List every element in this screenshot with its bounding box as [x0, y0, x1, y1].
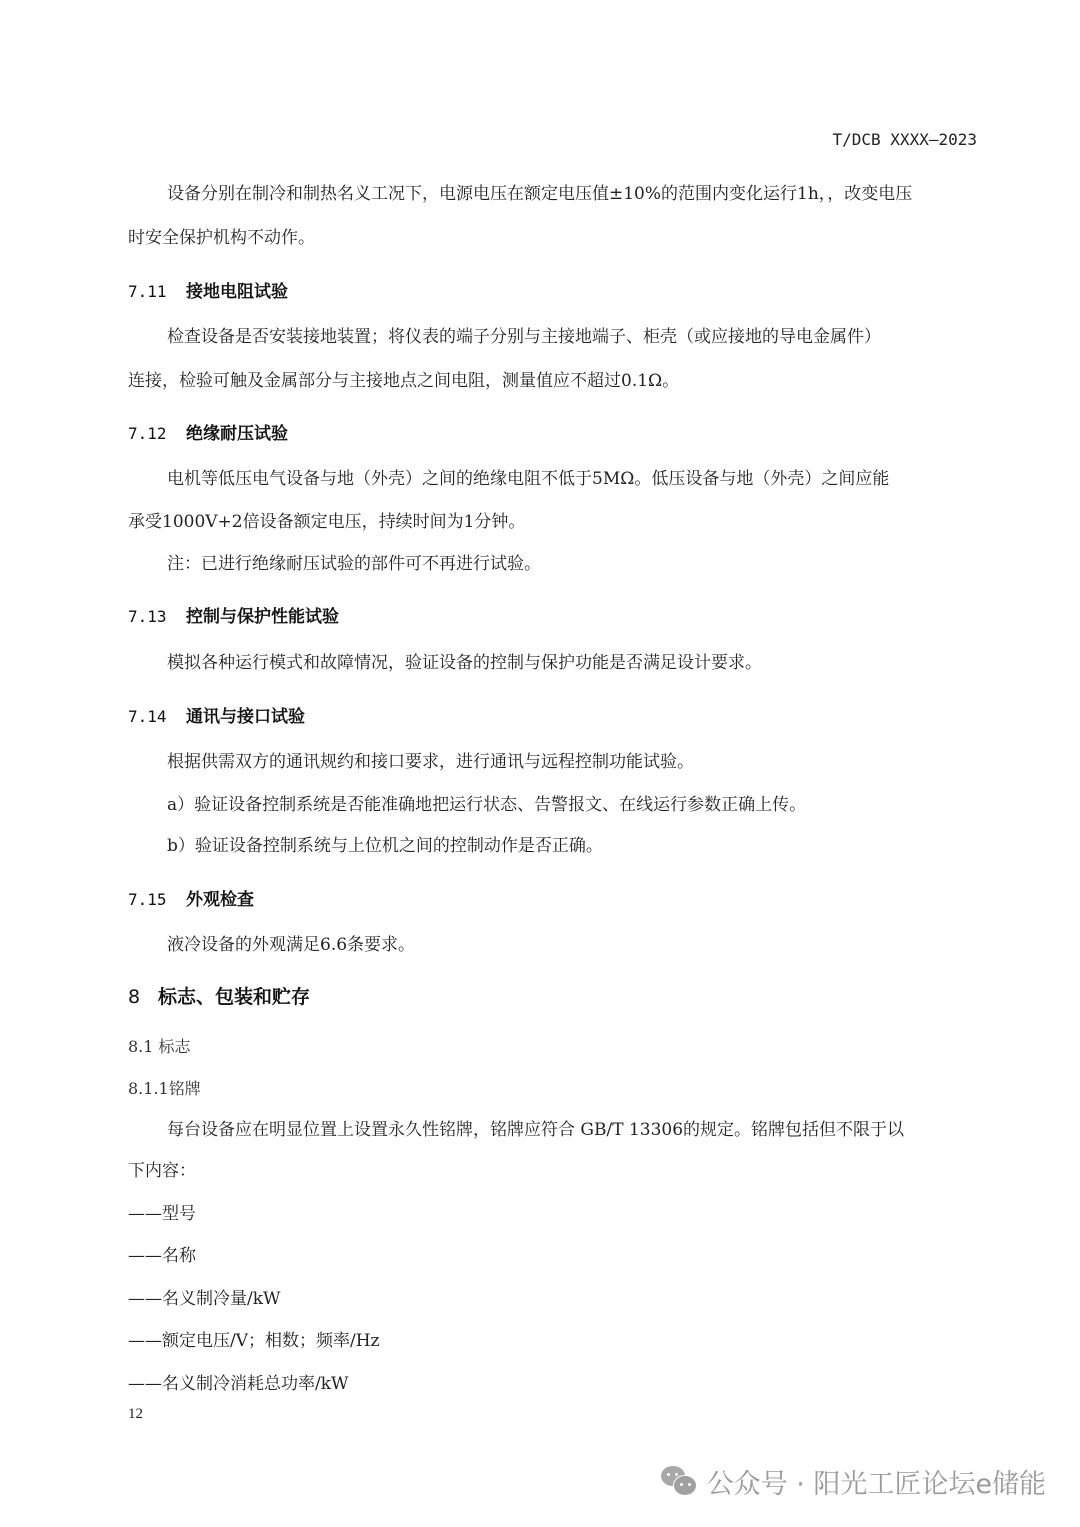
- section-number: 7.13: [128, 607, 186, 626]
- intro-line-2: 时安全保护机构不动作。: [128, 227, 315, 249]
- nameplate-item: ——名义制冷消耗总功率/kW: [128, 1373, 349, 1395]
- list-item-b: b）验证设备控制系统与上位机之间的控制动作是否正确。: [167, 835, 603, 857]
- paragraph-line: 每台设备应在明显位置上设置永久性铭牌，铭牌应符合 GB/T 13306的规定。铭…: [167, 1119, 904, 1141]
- section-number: 7.12: [128, 424, 186, 443]
- nameplate-item: ——额定电压/V；相数；频率/Hz: [128, 1330, 380, 1352]
- list-item-a: a）验证设备控制系统是否能准确地把运行状态、告警报文、在线运行参数正确上传。: [167, 794, 806, 816]
- section-number: 7.11: [128, 282, 186, 301]
- chapter-number: 8: [128, 986, 158, 1008]
- paragraph-line: 模拟各种运行模式和故障情况，验证设备的控制与保护功能是否满足设计要求。: [167, 652, 762, 674]
- section-heading-7-15: 7.15外观检查: [128, 885, 254, 910]
- section-heading-7-12: 7.12绝缘耐压试验: [128, 419, 288, 444]
- nameplate-item: ——名称: [128, 1245, 196, 1267]
- chapter-title: 标志、包装和贮存: [158, 986, 310, 1008]
- section-number: 7.15: [128, 890, 186, 909]
- section-title: 通讯与接口试验: [186, 707, 305, 727]
- subsection-heading-8-1: 8.1 标志: [128, 1034, 191, 1057]
- document-code: T/DCB XXXX—2023: [833, 130, 978, 149]
- nameplate-item: ——名义制冷量/kW: [128, 1288, 281, 1310]
- section-heading-7-13: 7.13控制与保护性能试验: [128, 602, 339, 627]
- note-line: 注：已进行绝缘耐压试验的部件可不再进行试验。: [167, 553, 541, 575]
- watermark-text: 公众号 · 阳光工匠论坛e储能: [707, 1462, 1046, 1501]
- paragraph-line: 检查设备是否安装接地装置；将仪表的端子分别与主接地端子、柜壳（或应接地的导电金属…: [167, 326, 881, 348]
- nameplate-item: ——型号: [128, 1203, 196, 1225]
- section-heading-7-11: 7.11接地电阻试验: [128, 277, 288, 302]
- section-title: 外观检查: [186, 890, 254, 910]
- chapter-heading-8: 8标志、包装和贮存: [128, 982, 310, 1009]
- paragraph-line: 下内容：: [128, 1160, 196, 1182]
- section-title: 接地电阻试验: [186, 282, 288, 302]
- wechat-icon: [661, 1464, 699, 1500]
- section-title: 绝缘耐压试验: [186, 424, 288, 444]
- subsection-heading-8-1-1: 8.1.1铭牌: [128, 1076, 201, 1099]
- paragraph-line: 承受1000V+2倍设备额定电压，持续时间为1分钟。: [128, 511, 525, 533]
- section-heading-7-14: 7.14通讯与接口试验: [128, 702, 305, 727]
- paragraph-line: 电机等低压电气设备与地（外壳）之间的绝缘电阻不低于5MΩ。低压设备与地（外壳）之…: [167, 468, 889, 490]
- page-number: 12: [128, 1406, 143, 1423]
- watermark: 公众号 · 阳光工匠论坛e储能: [661, 1462, 1046, 1501]
- paragraph-line: 根据供需双方的通讯规约和接口要求，进行通讯与远程控制功能试验。: [167, 751, 694, 773]
- section-title: 控制与保护性能试验: [186, 607, 339, 627]
- section-number: 7.14: [128, 707, 186, 726]
- intro-line-1: 设备分别在制冷和制热名义工况下，电源电压在额定电压值±10%的范围内变化运行1h…: [167, 183, 912, 205]
- paragraph-line: 液冷设备的外观满足6.6条要求。: [167, 934, 415, 956]
- paragraph-line: 连接，检验可触及金属部分与主接地点之间电阻，测量值应不超过0.1Ω。: [128, 370, 679, 392]
